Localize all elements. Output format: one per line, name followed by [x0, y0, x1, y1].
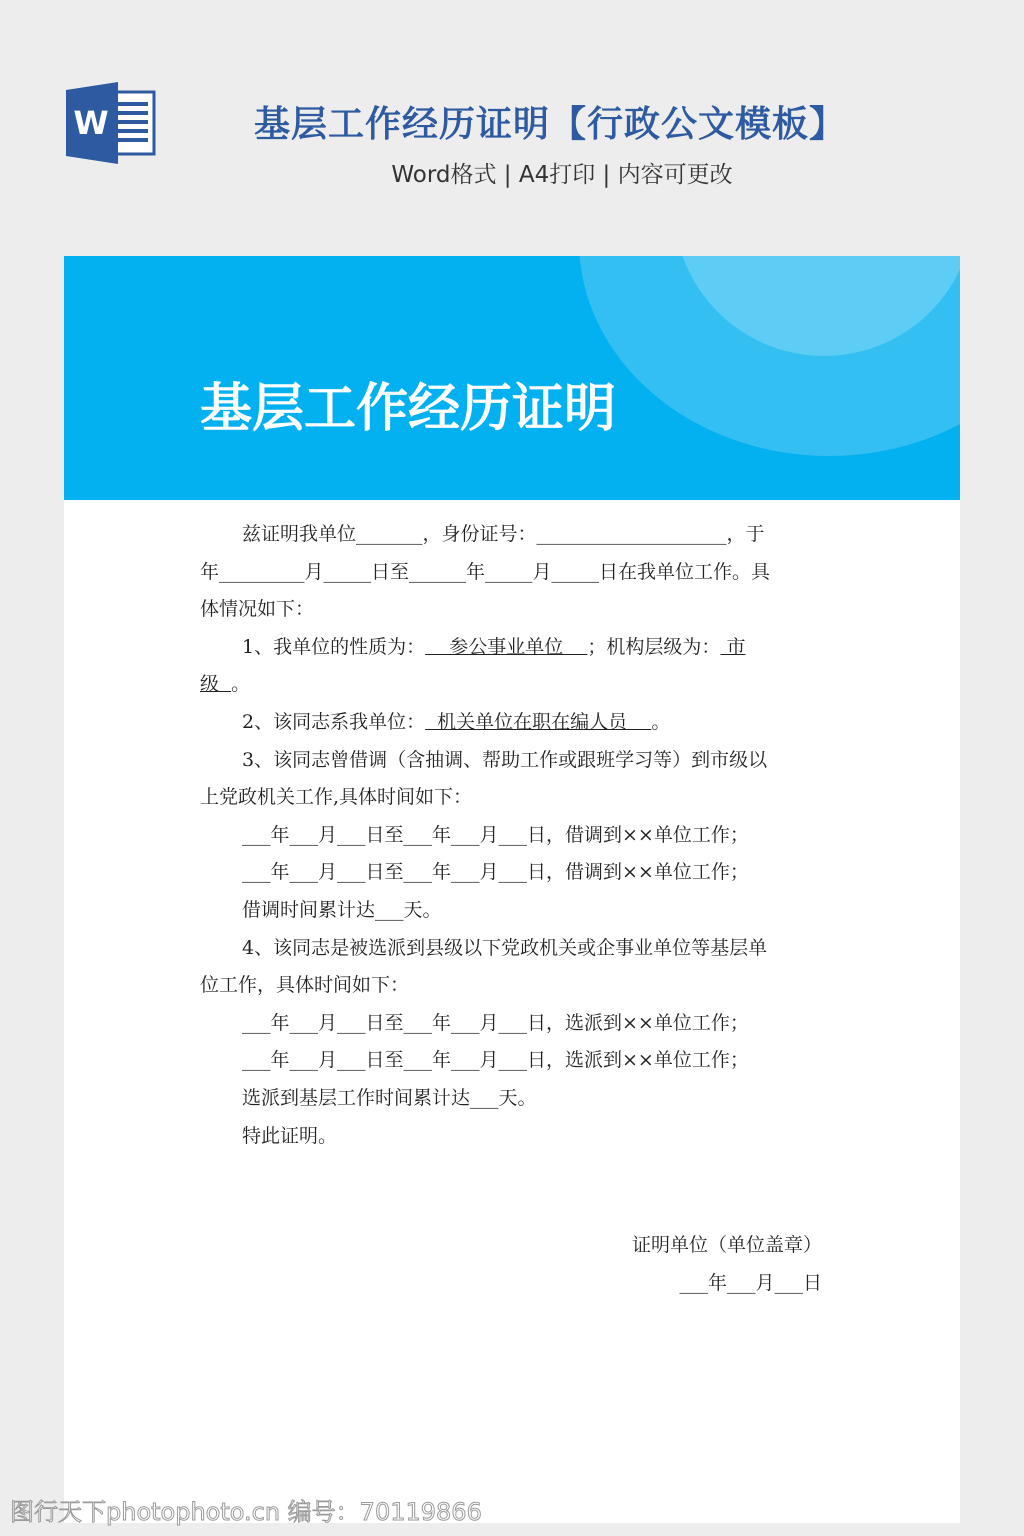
- page-subtitle: Word格式 | A4打印 | 内容可更改: [0, 156, 1024, 189]
- watermark: 图行天下photophoto.cn 编号：70119866: [10, 1492, 482, 1527]
- page-title: 基层工作经历证明【行政公文模板】: [0, 96, 1024, 147]
- banner-title: 基层工作经历证明: [200, 366, 616, 441]
- closing: 特此证明。: [200, 1118, 826, 1156]
- unit-level-value-a: 市: [720, 636, 745, 658]
- item-2-label: 2、该同志系我单位：: [242, 711, 425, 733]
- item-4: 4、该同志是被选派到县级以下党政机关或企事业单位等基层单: [200, 930, 826, 968]
- item-2: 2、该同志系我单位： 机关单位在职在编人员 。: [200, 704, 826, 742]
- unit-level-value-b: 级: [200, 673, 231, 695]
- document-card: 基层工作经历证明 兹证明我单位_______，身份证号：____________…: [64, 256, 960, 1523]
- secondment-row-1: ___年___月___日至___年___月___日，借调到××单位工作；: [200, 817, 826, 855]
- paragraph-intro-2: 年_________月_____日至______年_____月_____日在我单…: [200, 554, 826, 592]
- unit-nature-value: 参公事业单位: [425, 636, 587, 658]
- item-1-label: 1、我单位的性质为：: [242, 636, 425, 658]
- document-body: 兹证明我单位_______，身份证号：____________________，…: [200, 516, 826, 1155]
- item-4-cont: 位工作，具体时间如下：: [200, 967, 826, 1005]
- item-2-end: 。: [651, 711, 670, 733]
- item-1-end: 。: [231, 673, 250, 695]
- secondment-row-2: ___年___月___日至___年___月___日，借调到××单位工作；: [200, 854, 826, 892]
- signature-date: ___年___月___日: [632, 1264, 822, 1302]
- banner: 基层工作经历证明: [64, 256, 960, 500]
- personnel-status-value: 机关单位在职在编人员: [425, 711, 651, 733]
- item-1: 1、我单位的性质为： 参公事业单位 ；机构层级为： 市: [200, 629, 826, 667]
- assignment-total: 选派到基层工作时间累计达___天。: [200, 1080, 826, 1118]
- paragraph-intro-3: 体情况如下：: [200, 591, 826, 629]
- assignment-row-2: ___年___月___日至___年___月___日，选派到××单位工作；: [200, 1042, 826, 1080]
- assignment-row-1: ___年___月___日至___年___月___日，选派到××单位工作；: [200, 1005, 826, 1043]
- certifying-unit: 证明单位（单位盖章）: [632, 1226, 822, 1264]
- item-1-mid: ；机构层级为：: [587, 636, 720, 658]
- item-1-cont: 级 。: [200, 666, 826, 704]
- secondment-total: 借调时间累计达___天。: [200, 892, 826, 930]
- item-3: 3、该同志曾借调（含抽调、帮助工作或跟班学习等）到市级以: [200, 742, 826, 780]
- paragraph-intro: 兹证明我单位_______，身份证号：____________________，…: [200, 516, 826, 554]
- signature-block: 证明单位（单位盖章） ___年___月___日: [632, 1226, 822, 1302]
- item-3-cont: 上党政机关工作,具体时间如下：: [200, 779, 826, 817]
